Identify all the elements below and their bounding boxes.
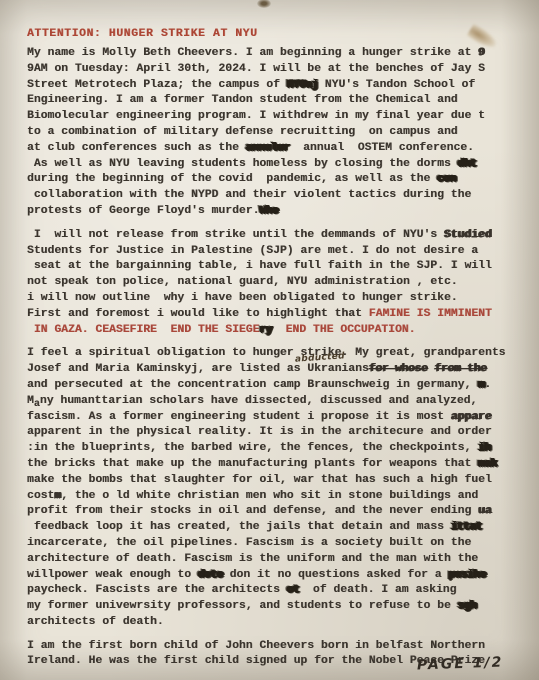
typewritten-text: feedback loop it has created, the jails … (27, 521, 451, 533)
text-line: paycheck. Fascists are the architects ot… (27, 583, 519, 599)
blotted-text: con (437, 173, 456, 185)
typewritten-text: not speak ton police, national guard, NY… (27, 276, 458, 288)
text-line: at club conferences such as the annulur … (27, 141, 519, 157)
text-line: Engineering. I am a former Tandon studen… (27, 93, 519, 109)
typewritten-text: . (484, 379, 491, 391)
paragraph: I will not release from strike until the… (27, 228, 519, 339)
typewritten-text: ny humanttarian scholars have dissected,… (40, 395, 477, 407)
text-line: not speak ton police, national guard, NY… (27, 275, 519, 291)
text-line: I feel a spiritual obligation to hunger … (27, 346, 519, 362)
text-line: to a combination of military defense rec… (27, 125, 519, 141)
text-line: Street Metrotech Plaza; the campus of NY… (27, 78, 519, 94)
struck-through-text: for whose (369, 363, 428, 375)
blotted-text: dht (458, 158, 477, 170)
text-line: 9AM on Tuesday: April 30th, 2024. I will… (27, 62, 519, 78)
text-line: make the bombs that slaughter for oil, w… (27, 473, 519, 489)
paper-sheet: ATTENTION: HUNGER STRIKE AT NYU My name … (0, 0, 539, 680)
dropped-character: a (34, 399, 40, 410)
text-line: architecture of death. Fascism is the un… (27, 552, 519, 568)
text-line: protests of George Floyd's murder.Whe (27, 204, 519, 220)
typewritten-text: and persecuted at the concentration camp… (27, 379, 478, 391)
typewritten-text: My name is Molly Beth Cheevers. I am beg… (27, 47, 478, 59)
typewritten-text: Engineering. I am a former Tandon studen… (27, 94, 458, 106)
text-line: Biomolecular engineering program. I with… (27, 109, 519, 125)
text-line: IN GAZA. CEASEFIRE END THE SIEGEry END T… (27, 323, 519, 339)
document-body: My name is Molly Beth Cheevers. I am beg… (27, 46, 519, 670)
overtyped-text: appare (451, 411, 492, 423)
blotted-text: ot (287, 584, 299, 596)
text-line: i will now outline why i have been oblig… (27, 291, 519, 307)
blotted-text: sgh (458, 600, 477, 612)
text-line: profit from their stocks in oil and defe… (27, 504, 519, 520)
blotted-text: dete (198, 569, 223, 581)
text-line: Many humanttarian scholars have dissecte… (27, 394, 519, 410)
text-line: the bricks that make up the manufacturin… (27, 457, 519, 473)
overtyped-text: Studied (444, 229, 492, 241)
text-line: I will not release from strike until the… (27, 228, 519, 244)
blotted-text: NYUaj (287, 79, 318, 91)
typewritten-text: M (27, 395, 34, 407)
blotted-text: pusihe (448, 569, 485, 581)
struck-through-text: from the (434, 363, 486, 375)
typewritten-text: NYU's Tandon School of (318, 79, 475, 91)
blotted-text: annulur (246, 142, 290, 154)
typewritten-text: incarcerate, the oil pipelines. Fascism … (27, 537, 471, 549)
typewritten-text: , the o ld white christian men who sit i… (61, 490, 478, 502)
blotted-text: mak (478, 458, 497, 470)
typewritten-text: cost (27, 490, 54, 502)
typewritten-text: of death. I am asking (299, 584, 456, 596)
text-line: during the beginning of the covid pandem… (27, 172, 519, 188)
typewritten-text (272, 324, 286, 336)
typewritten-text: willpower weak enough to (27, 569, 198, 581)
document-heading: ATTENTION: HUNGER STRIKE AT NYU (27, 27, 519, 42)
page-number-annotation: PAGE 1/2 (416, 654, 503, 673)
typewritten-text: i will now outline why i have been oblig… (27, 292, 458, 304)
paragraph: My name is Molly Beth Cheevers. I am beg… (27, 46, 519, 220)
typewritten-text: don it no questions asked for a (223, 569, 449, 581)
text-line: willpower weak enough to dete don it no … (27, 568, 519, 584)
text-line: I am the first born child of John Cheeve… (27, 639, 519, 655)
text-line: costm, the o ld white christian men who … (27, 489, 519, 505)
typewritten-text: profit from their stocks in oil and defe… (27, 505, 478, 517)
text-line: collaboration with the NYPD and their vi… (27, 188, 519, 204)
text-line: architects of death. (27, 615, 519, 631)
red-ink-text: FAMINE IS IMMINENT (369, 308, 492, 320)
typewritten-text: the bricks that make up the manufacturin… (27, 458, 478, 470)
typewritten-text: architects of death. (27, 616, 164, 628)
typewritten-text: to a combination of military defense rec… (27, 126, 458, 138)
text-line: Josef and Maria Kaminskyj, are listed as… (27, 362, 519, 378)
typewritten-text: 9AM on Tuesday: April 30th, 2024. I will… (27, 63, 485, 75)
text-line: apparent in the physical reality. It is … (27, 425, 519, 441)
typewritten-text: First and foremost i would like to highl… (27, 308, 369, 320)
staple-mark (257, 0, 271, 8)
typewritten-text: during the beginning of the covid pandem… (27, 173, 437, 185)
text-line: incarcerate, the oil pipelines. Fascism … (27, 536, 519, 552)
typewritten-text: Josef and Maria Kaminskyj, are listed as… (27, 363, 369, 375)
overtyped-text: ua (478, 505, 492, 517)
text-line: :in the blueprints, the barbed wire, the… (27, 441, 519, 457)
typewritten-text: at club conferences such as the (27, 142, 246, 154)
typewritten-text: collaboration with the NYPD and their vi… (27, 189, 471, 201)
blotted-text: ry (259, 324, 271, 336)
text-line: seat at the bargainning table, i have fu… (27, 259, 519, 275)
typewritten-text: architecture of death. Fascism is the un… (27, 553, 478, 565)
typewritten-text: :in the blueprints, the barbed wire, the… (27, 442, 478, 454)
text-line: my former univewrsity professors, and st… (27, 599, 519, 615)
typewritten-text: seat at the bargainning table, i have fu… (27, 260, 492, 272)
text-line: feedback loop it has created, the jails … (27, 520, 519, 536)
text-line: fascism. As a former engineering student… (27, 410, 519, 426)
text-line: My name is Molly Beth Cheevers. I am beg… (27, 46, 519, 62)
blotted-text: ih (478, 442, 490, 454)
text-line: First and foremost i would like to highl… (27, 307, 519, 323)
typewritten-text: annual OSTEM conference. (289, 142, 474, 154)
red-ink-text: IN GAZA. CEASEFIRE END THE SIEGE (27, 324, 259, 336)
typewritten-text: paycheck. Fascists are the architects (27, 584, 287, 596)
typewritten-text: As well as NYU leaving students homeless… (27, 158, 458, 170)
typewritten-text: I will not release from strike until the… (27, 229, 444, 241)
typewritten-text: apparent in the physical reality. It is … (27, 426, 492, 438)
text-line: and persecuted at the concentration camp… (27, 378, 519, 394)
blotted-text: ittat (451, 521, 482, 533)
blotted-text: Whe (259, 205, 278, 217)
paragraph: I feel a spiritual obligation to hunger … (27, 346, 519, 630)
typewritten-text: make the bombs that slaughter for oil, w… (27, 474, 492, 486)
overtyped-text: 9 (478, 47, 485, 59)
red-ink-text: END THE OCCUPATION. (286, 324, 416, 336)
typewritten-text: Biomolecular engineering program. I with… (27, 110, 485, 122)
text-line: Students for Justice in Palestine (SJP) … (27, 244, 519, 260)
typewritten-text: protests of George Floyd's murder. (27, 205, 259, 217)
typewritten-text: Students for Justice in Palestine (SJP) … (27, 245, 478, 257)
typewritten-text: Street Metrotech Plaza; the campus of (27, 79, 287, 91)
typewritten-text: I am the first born child of John Cheeve… (27, 640, 485, 652)
typewritten-text: my former univewrsity professors, and st… (27, 600, 458, 612)
text-line: As well as NYU leaving students homeless… (27, 157, 519, 173)
typewritten-text: I feel a spiritual obligation to hunger … (27, 347, 506, 359)
typewritten-text: fascism. As a former engineering student… (27, 411, 451, 423)
